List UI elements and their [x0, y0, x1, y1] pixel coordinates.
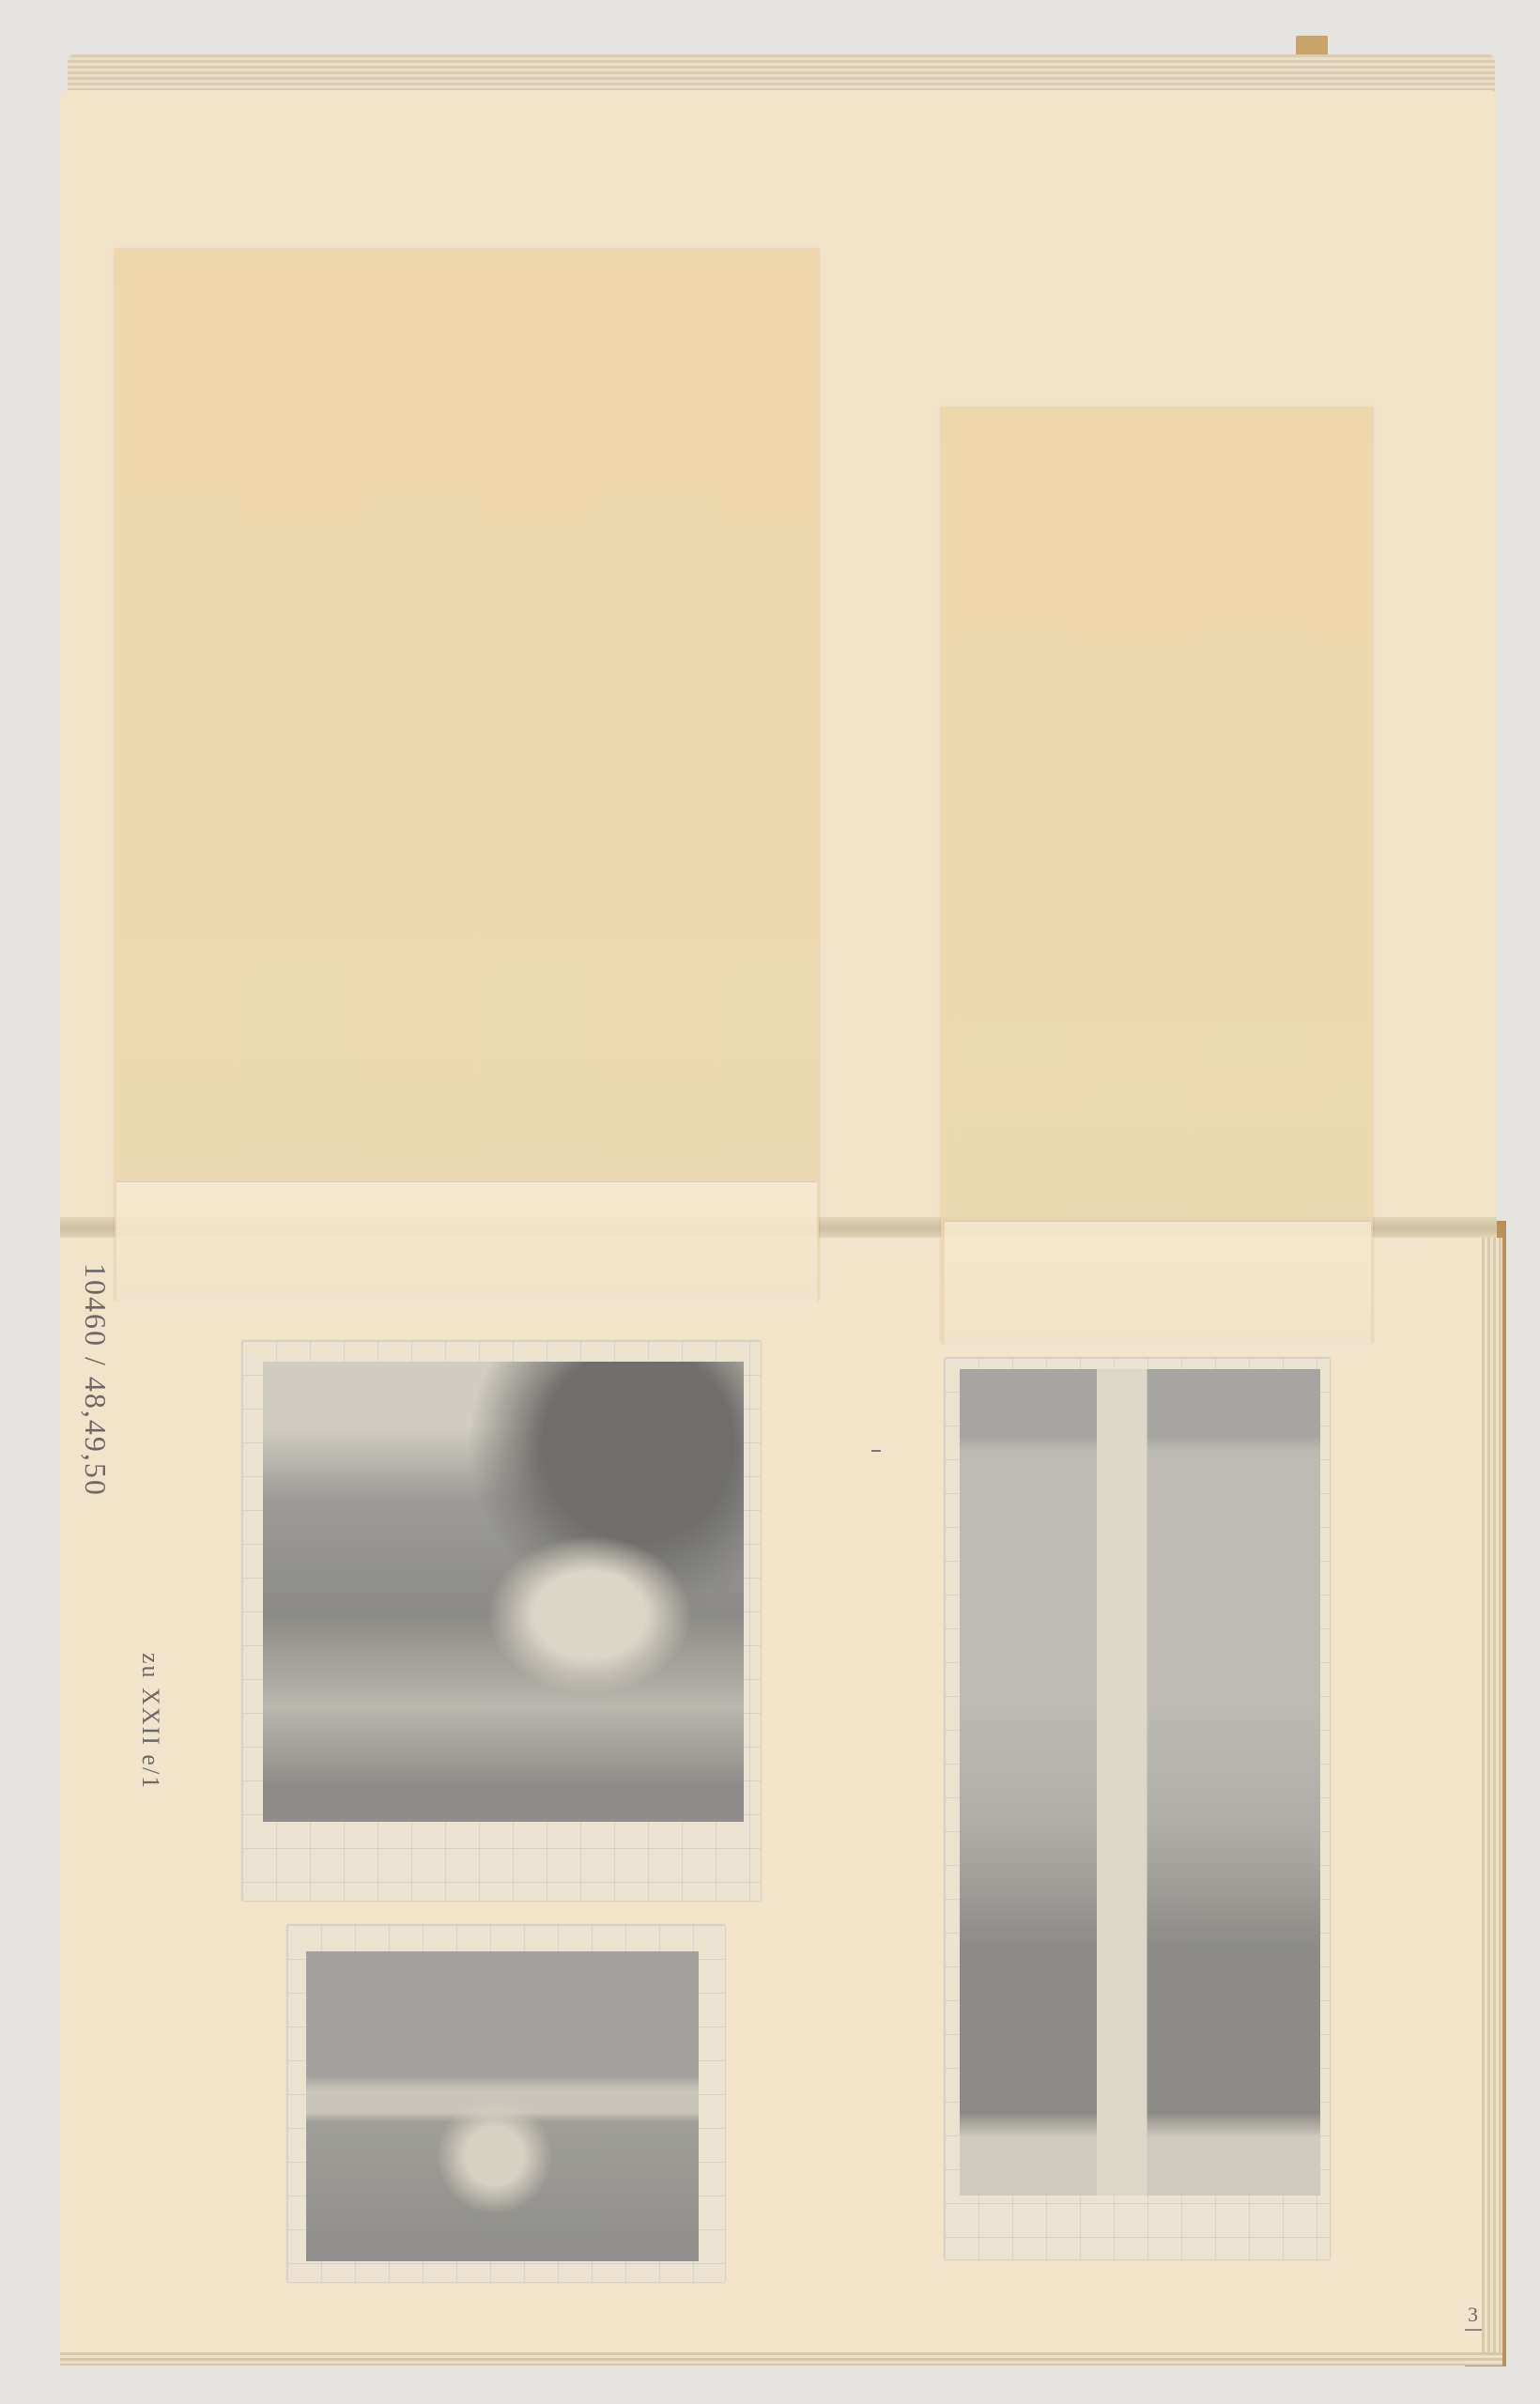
- page-stack-right: [1482, 1238, 1502, 2365]
- sketch-sea-figures: [287, 1925, 725, 2282]
- tissue-hinge-left: [116, 1181, 817, 1302]
- tissue-hinge-right: [945, 1221, 1371, 1344]
- pencil-drawing: [960, 1369, 1320, 2196]
- page-number-underline: [1465, 2329, 1482, 2331]
- page-stack-bottom: [60, 2352, 1502, 2365]
- inventory-number: 10460 / 48,49,50: [78, 1263, 113, 1497]
- pencil-drawing: [306, 1951, 699, 2261]
- page-number: 3: [1468, 2303, 1478, 2327]
- sketch-reclining-nymph: [242, 1341, 761, 1901]
- pencil-drawing: [263, 1362, 744, 1822]
- tissue-sheet-right: [941, 408, 1373, 1343]
- pencil-mark: [871, 1450, 881, 1452]
- sketch-standing-statue: [945, 1358, 1330, 2259]
- reference-note: zu XXII e/1: [136, 1653, 164, 1790]
- tissue-sheet-left: [115, 249, 819, 1301]
